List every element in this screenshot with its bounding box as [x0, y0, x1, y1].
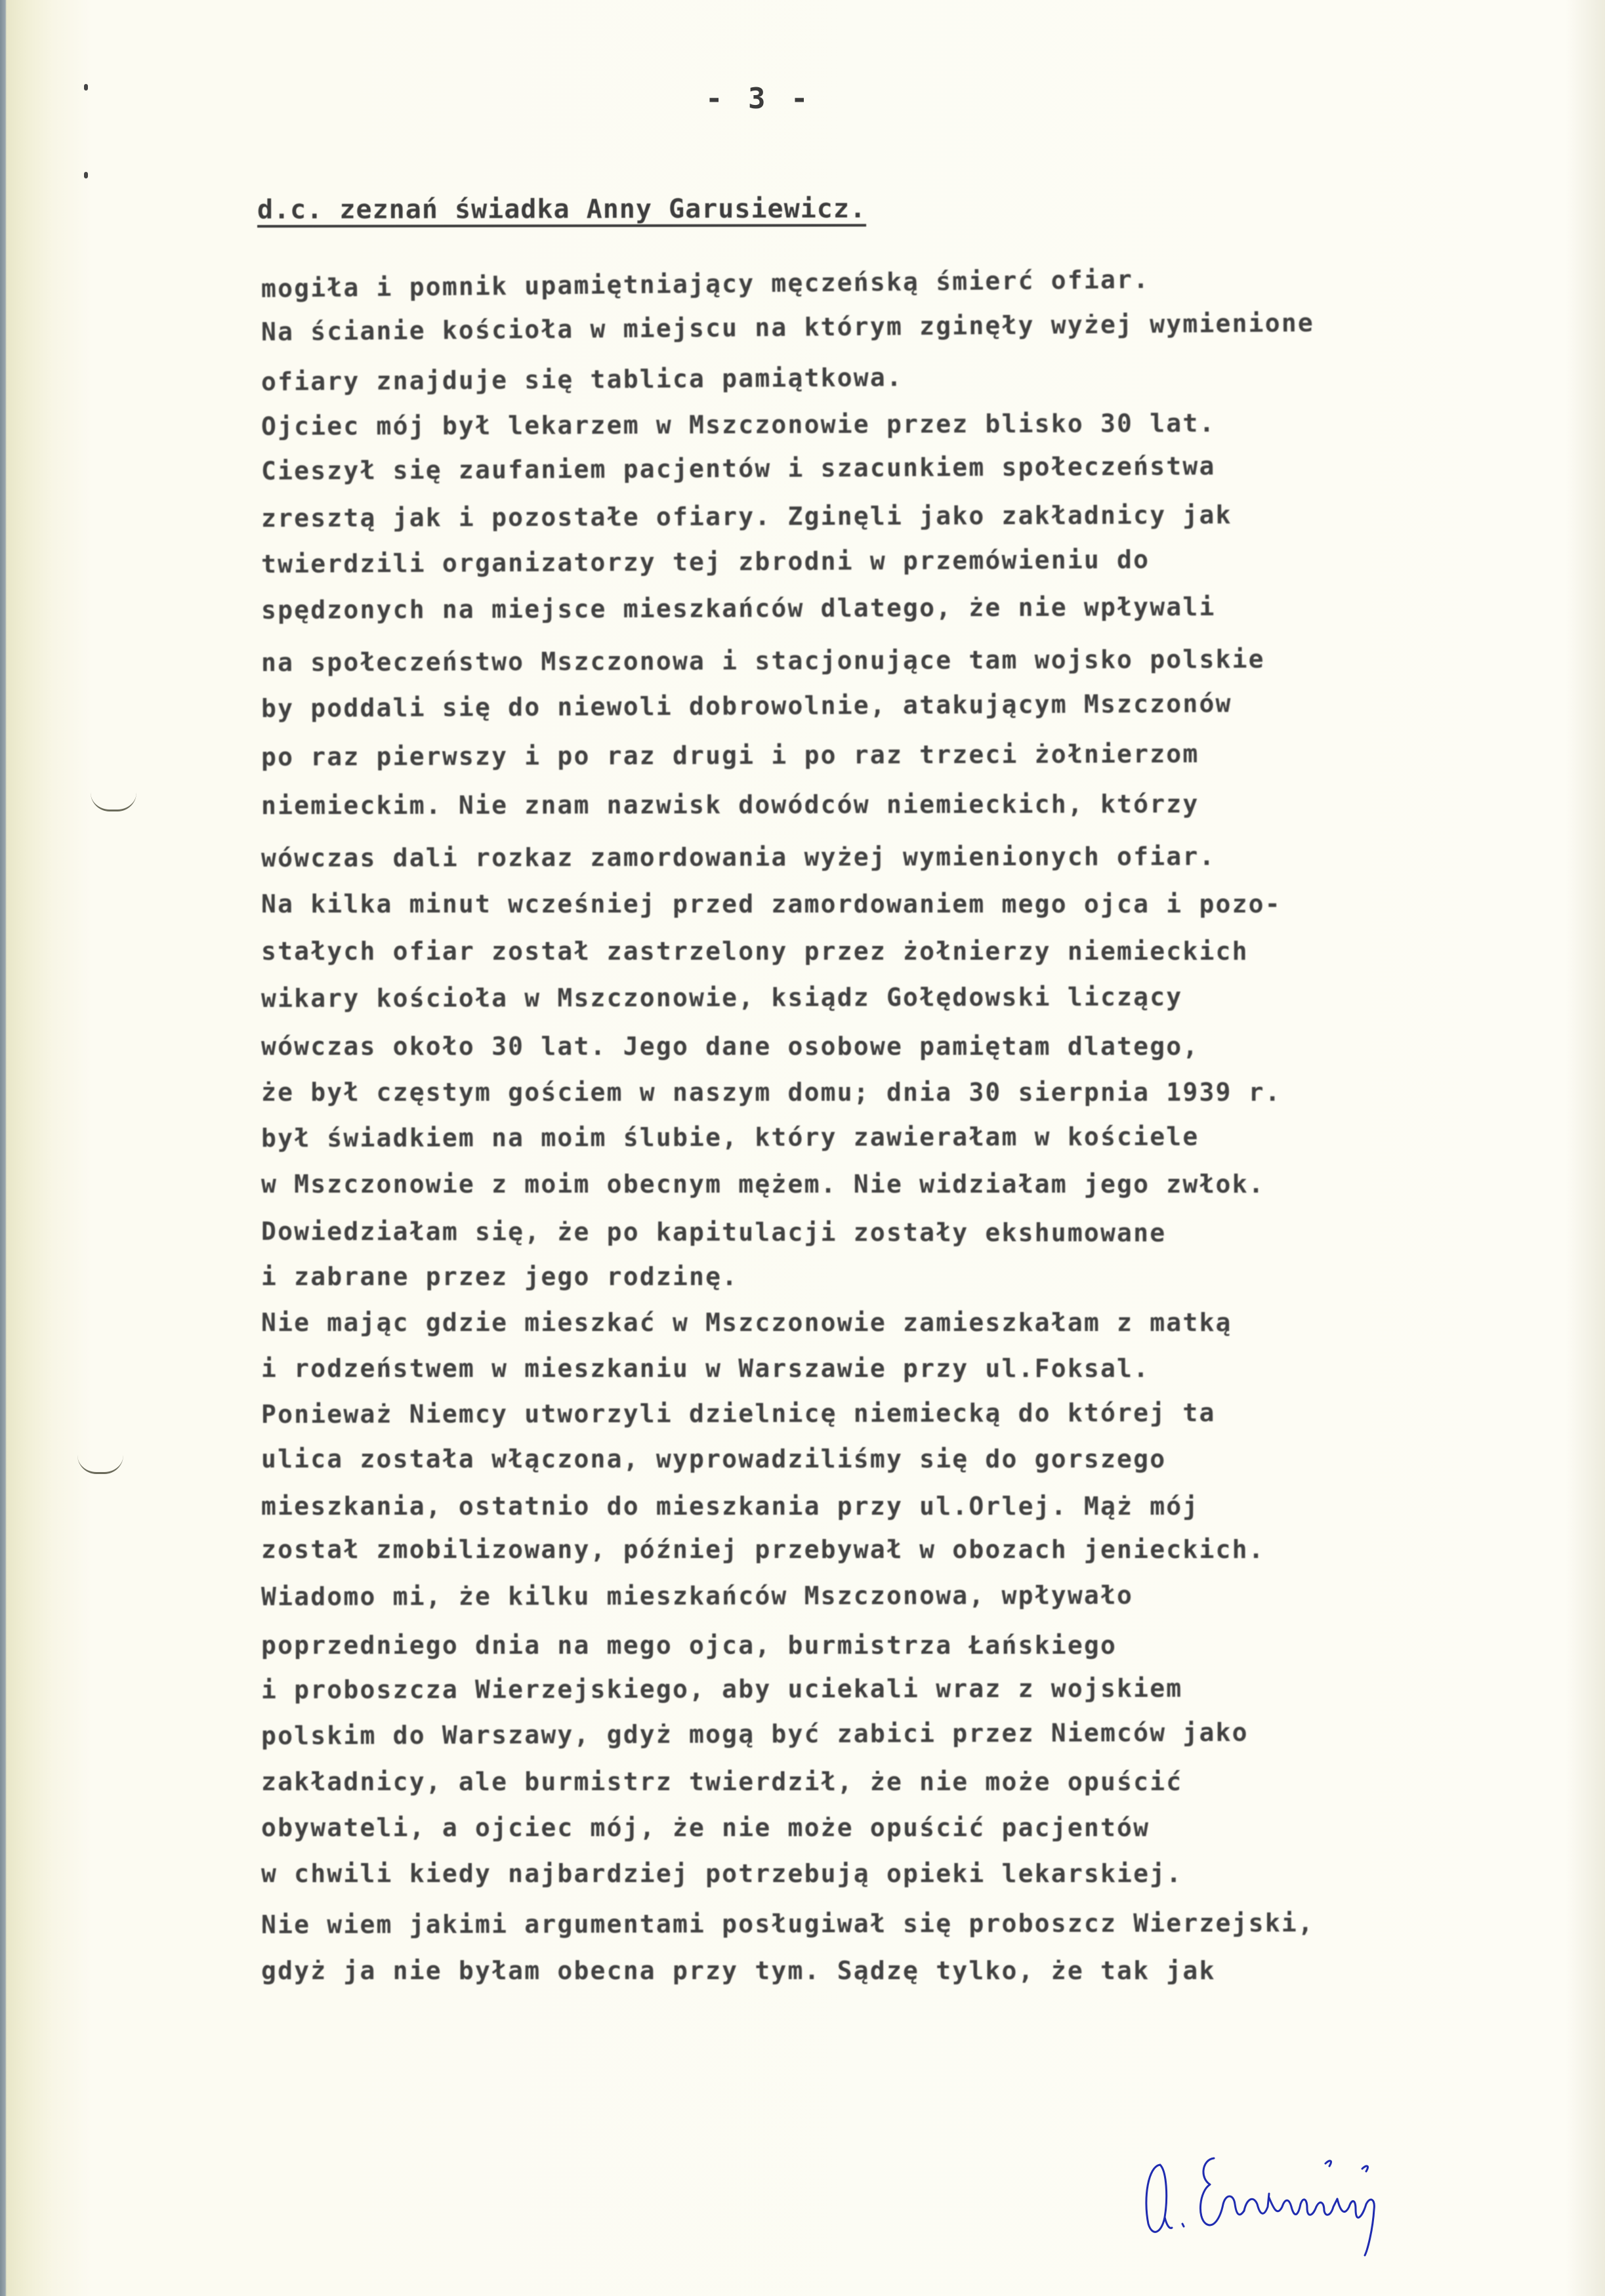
text-line: i rodzeństwem w mieszkaniu w Warszawie p… [261, 1354, 1150, 1383]
text-line: ulica została włączona, wyprowadziliśmy … [261, 1445, 1166, 1473]
text-line: Nie wiem jakimi argumentami posługiwał s… [261, 1908, 1314, 1939]
text-line: gdyż ja nie byłam obecna przy tym. Sądzę… [261, 1956, 1216, 1985]
text-line: mogiła i pomnik upamiętniający męczeńską… [261, 265, 1150, 303]
text-line: Cieszył się zaufaniem pacjentów i szacun… [261, 451, 1216, 485]
text-line: w Mszczonowie z moim obecnym mężem. Nie … [261, 1170, 1265, 1199]
document-page: - 3 - d.c. zeznań świadka Anny Garusiewi… [0, 0, 1605, 2296]
text-line: Ponieważ Niemcy utworzyli dzielnicę niem… [261, 1398, 1216, 1429]
text-line: ofiary znajduje się tablica pamiątkowa. [261, 363, 903, 396]
text-line: Dowiedziałam się, że po kapitulacji zost… [261, 1217, 1166, 1247]
text-line: poprzedniego dnia na mego ojca, burmistr… [261, 1631, 1117, 1660]
text-line: twierdzili organizatorzy tej zbrodni w p… [261, 545, 1150, 579]
margin-mark [84, 84, 88, 91]
text-line: był świadkiem na moim ślubie, który zawi… [261, 1122, 1199, 1153]
document-heading: d.c. zeznań świadka Anny Garusiewicz. [257, 194, 866, 225]
text-line: Wiadomo mi, że kilku mieszkańców Mszczon… [261, 1581, 1133, 1611]
text-line: mieszkania, ostatnio do mieszkania przy … [261, 1492, 1199, 1521]
punch-hole-mark [77, 1455, 123, 1474]
text-line: wówczas około 30 lat. Jego dane osobowe … [261, 1032, 1199, 1061]
text-line: zresztą jak i pozostałe ofiary. Zginęli … [261, 501, 1232, 533]
text-line: Nie mając gdzie mieszkać w Mszczonowie z… [261, 1308, 1232, 1337]
text-line: Na kilka minut wcześniej przed zamordowa… [261, 890, 1282, 918]
text-line: niemieckim. Nie znam nazwisk dowódców ni… [261, 790, 1199, 820]
signature-icon [1129, 2125, 1496, 2257]
text-line: w chwili kiedy najbardziej potrzebują op… [261, 1859, 1182, 1888]
text-line: stałych ofiar został zastrzelony przez ż… [261, 937, 1249, 966]
text-line: po raz pierwszy i po raz drugi i po raz … [261, 739, 1199, 771]
text-line: wówczas dali rozkaz zamordowania wyżej w… [261, 842, 1216, 872]
page-number: - 3 - [705, 82, 812, 115]
text-line: został zmobilizowany, później przebywał … [261, 1535, 1265, 1564]
text-line: by poddali się do niewoli dobrowolnie, a… [261, 689, 1232, 723]
text-line: i zabrane przez jego rodzinę. [261, 1262, 738, 1291]
text-line: Na ścianie kościoła w miejscu na którym … [261, 308, 1314, 346]
margin-mark [84, 172, 88, 178]
punch-hole-mark [91, 792, 136, 811]
text-line: wikary kościoła w Mszczonowie, ksiądz Go… [261, 983, 1182, 1013]
text-line: obywateli, a ojciec mój, że nie może opu… [261, 1813, 1150, 1842]
text-line: i proboszcza Wierzejskiego, aby uciekali… [261, 1674, 1182, 1704]
text-line: polskim do Warszawy, gdyż mogą być zabic… [261, 1718, 1249, 1750]
text-line: Ojciec mój był lekarzem w Mszczonowie pr… [261, 409, 1216, 441]
text-line: zakładnicy, ale burmistrz twierdził, że … [261, 1767, 1182, 1796]
text-line: że był częstym gościem w naszym domu; dn… [261, 1078, 1282, 1107]
handwritten-signature: A. Garusiewicz [1129, 2125, 1496, 2257]
text-line: spędzonych na miejsce mieszkańców dlateg… [261, 592, 1216, 625]
text-line: na społeczeństwo Mszczonowa i stacjonują… [261, 645, 1265, 677]
